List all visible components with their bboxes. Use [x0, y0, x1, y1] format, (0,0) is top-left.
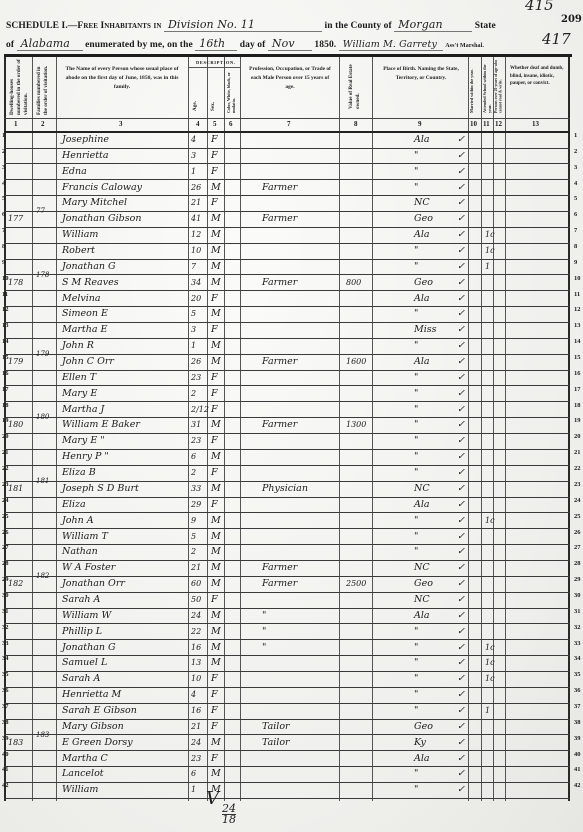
- line-number-right: 42: [574, 782, 581, 789]
- age: 26: [191, 180, 201, 195]
- col-header-11: Attended School within the year.: [482, 59, 493, 113]
- line-number-right: 19: [574, 417, 581, 424]
- table-row: 32 Phillip L 22 M " " ✓ 32: [4, 624, 570, 641]
- line-number-right: 32: [574, 624, 581, 631]
- day-value: 16th: [195, 37, 237, 51]
- line-number-left: 17: [2, 386, 9, 393]
- line-number-left: 8: [2, 243, 5, 250]
- person-name: Mary E: [62, 386, 97, 401]
- married-check: ✓: [457, 306, 465, 321]
- sex: M: [211, 735, 221, 750]
- family-number: 182: [36, 572, 49, 587]
- age: 24: [191, 608, 201, 623]
- birthplace: Ala: [414, 132, 430, 147]
- age: 1: [191, 164, 196, 179]
- sex: F: [211, 433, 218, 448]
- line-number-left: 42: [2, 782, 9, 789]
- line-number-right: 26: [574, 529, 581, 536]
- birthplace: ": [414, 402, 418, 417]
- line-number-right: 3: [574, 164, 577, 171]
- table-row: 5 Mary Mitchel 21 F NC ✓ 5: [4, 195, 570, 212]
- birthplace: ": [414, 640, 418, 655]
- birthplace: ": [414, 687, 418, 702]
- table-row: 1 Josephine 4 F Ala ✓ 1: [4, 132, 570, 149]
- table-row: 4 Francis Caloway 26 M Farmer " ✓ 4: [4, 180, 570, 197]
- table-row: 40 Martha C 23 F Ala ✓ 40: [4, 751, 570, 768]
- married-check: ✓: [457, 751, 465, 766]
- married-check: ✓: [457, 576, 465, 591]
- table-row: 9 Jonathan G 7 M " ✓ 1 9: [4, 259, 570, 276]
- sex: F: [211, 703, 218, 718]
- line-number-right: 17: [574, 386, 581, 393]
- married-check: ✓: [457, 449, 465, 464]
- occupation: Farmer: [262, 354, 297, 369]
- person-name: Ellen T: [62, 370, 96, 385]
- person-name: William: [62, 782, 98, 797]
- line-number-right: 2: [574, 148, 577, 155]
- person-name: S M Reaves: [62, 275, 119, 290]
- birthplace: ": [414, 529, 418, 544]
- table-row: 34 Samuel L 13 M " ✓ 1c 34: [4, 655, 570, 672]
- line-number-right: 21: [574, 449, 581, 456]
- line-number-left: 26: [2, 529, 9, 536]
- married-check: ✓: [457, 687, 465, 702]
- sex: M: [211, 655, 221, 670]
- line-number-right: 40: [574, 751, 581, 758]
- age: 24: [191, 735, 201, 750]
- line-number-right: 13: [574, 322, 581, 329]
- person-name: Sarah A: [62, 592, 100, 607]
- person-name: Francis Caloway: [62, 180, 142, 195]
- dwelling-number: 178: [8, 275, 23, 290]
- occupation: Tailor: [262, 735, 290, 750]
- person-name: E Green Dorsy: [62, 735, 133, 750]
- sex: M: [211, 180, 221, 195]
- married-check: ✓: [457, 132, 465, 147]
- person-name: Eliza B: [62, 465, 96, 480]
- age: 41: [191, 211, 201, 226]
- col-num-3: 3: [119, 120, 123, 128]
- dwelling-number: 180: [8, 417, 23, 432]
- line-number-left: 27: [2, 544, 9, 551]
- line-number-left: 33: [2, 640, 9, 647]
- enumerated-label: enumerated by me, on the: [85, 40, 193, 50]
- line-number-right: 7: [574, 227, 577, 234]
- header-line-2: of Alabama enumerated by me, on the 16th…: [6, 37, 484, 51]
- married-check: ✓: [457, 624, 465, 639]
- age: 1: [191, 782, 196, 797]
- age: 5: [191, 306, 196, 321]
- married-check: ✓: [457, 513, 465, 528]
- married-check: ✓: [457, 291, 465, 306]
- state-label: State: [475, 21, 496, 31]
- married-check: ✓: [457, 275, 465, 290]
- table-row: 8 Robert 10 M " ✓ 1c 8: [4, 243, 570, 260]
- age: 50: [191, 592, 201, 607]
- person-name: William W: [62, 608, 111, 623]
- age: 10: [191, 243, 201, 258]
- table-row: 13 Martha E 3 F Miss ✓ 13: [4, 322, 570, 339]
- age: 13: [191, 655, 201, 670]
- sex: M: [211, 243, 221, 258]
- person-name: Jonathan Orr: [62, 576, 125, 591]
- school-mark: 1c: [485, 513, 495, 528]
- col-header-10: Married within the year.: [469, 59, 480, 113]
- real-estate-value: 2500: [346, 576, 366, 591]
- line-number-right: 28: [574, 560, 581, 567]
- person-name: John R: [62, 338, 94, 353]
- birthplace: ": [414, 386, 418, 401]
- birthplace: ": [414, 148, 418, 163]
- birthplace: ": [414, 782, 418, 797]
- county-label: in the County of: [324, 21, 391, 31]
- table-row: 21 Henry P " 6 M " ✓ 21: [4, 449, 570, 466]
- table-row: 10 178 178 S M Reaves 34 M Farmer 800 Ge…: [4, 275, 570, 292]
- line-number-left: 14: [2, 338, 9, 345]
- line-number-left: 36: [2, 687, 9, 694]
- line-number-left: 37: [2, 703, 9, 710]
- age: 23: [191, 370, 201, 385]
- age: 4: [191, 132, 196, 147]
- line-number-right: 33: [574, 640, 581, 647]
- school-mark: 1: [485, 703, 490, 718]
- occupation: Physician: [262, 481, 308, 496]
- birthplace: ": [414, 671, 418, 686]
- table-row: 14 John R 1 M " ✓ 14: [4, 338, 570, 355]
- line-number-left: 31: [2, 608, 9, 615]
- line-number-right: 38: [574, 719, 581, 726]
- age: 23: [191, 433, 201, 448]
- line-number-right: 18: [574, 402, 581, 409]
- occupation: Farmer: [262, 275, 297, 290]
- line-number-right: 34: [574, 655, 581, 662]
- line-number-right: 37: [574, 703, 581, 710]
- person-name: Mary E ": [62, 433, 105, 448]
- line-number-left: 32: [2, 624, 9, 631]
- person-name: William E Baker: [62, 417, 140, 432]
- line-number-right: 27: [574, 544, 581, 551]
- line-number-left: 24: [2, 497, 9, 504]
- line-number-right: 5: [574, 195, 577, 202]
- school-mark: 1c: [485, 671, 495, 686]
- schedule-label: SCHEDULE I.—Free Inhabitants in: [6, 21, 162, 31]
- table-row: 35 Sarah A 10 F " ✓ 1c 35: [4, 671, 570, 688]
- occupation: ": [262, 624, 266, 639]
- month-value: Nov: [268, 37, 312, 51]
- married-check: ✓: [457, 735, 465, 750]
- sex: M: [211, 211, 221, 226]
- line-number-left: 6: [2, 211, 5, 218]
- age: 2/12: [191, 402, 209, 417]
- sex: M: [211, 227, 221, 242]
- sex: M: [211, 766, 221, 781]
- married-check: ✓: [457, 433, 465, 448]
- person-name: Henry P ": [62, 449, 109, 464]
- line-number-left: 13: [2, 322, 9, 329]
- occupation: Farmer: [262, 211, 297, 226]
- table-row: 16 Ellen T 23 F " ✓ 16: [4, 370, 570, 387]
- school-mark: 1c: [485, 243, 495, 258]
- birthplace: ": [414, 433, 418, 448]
- age: 31: [191, 417, 201, 432]
- birthplace: ": [414, 259, 418, 274]
- family-number: 183: [36, 731, 49, 746]
- sex: F: [211, 148, 218, 163]
- col-header-6: Color, White, black, or mulatto.: [226, 71, 238, 113]
- sex: F: [211, 465, 218, 480]
- person-name: Mary Mitchel: [62, 195, 127, 210]
- line-number-left: 9: [2, 259, 5, 266]
- col-header-9: Place of Birth. Naming the State, Territ…: [380, 65, 462, 83]
- age: 21: [191, 195, 201, 210]
- person-name: W A Foster: [62, 560, 115, 575]
- age: 7: [191, 259, 196, 274]
- footer-tally: V 24 18: [222, 804, 236, 825]
- line-number-right: 41: [574, 766, 581, 773]
- line-number-right: 14: [574, 338, 581, 345]
- age: 4: [191, 687, 196, 702]
- age: 34: [191, 275, 201, 290]
- birthplace: ": [414, 164, 418, 179]
- family-number: 179: [36, 350, 49, 365]
- line-number-left: 30: [2, 592, 9, 599]
- table-row: 23 181 181 Joseph S D Burt 33 M Physicia…: [4, 481, 570, 498]
- table-row: 31 William W 24 M " Ala ✓ 31: [4, 608, 570, 625]
- page-number: 209: [561, 14, 582, 25]
- line-number-right: 29: [574, 576, 581, 583]
- married-check: ✓: [457, 148, 465, 163]
- school-mark: 1c: [485, 640, 495, 655]
- sex: F: [211, 751, 218, 766]
- table-row: 41 Lancelot 6 M " ✓ 41: [4, 766, 570, 783]
- table-row: 33 Jonathan G 16 M " " ✓ 1c 33: [4, 640, 570, 657]
- marshal-title: Ass't Marshal.: [445, 43, 484, 49]
- table-row: 19 180 180 William E Baker 31 M Farmer 1…: [4, 417, 570, 434]
- married-check: ✓: [457, 544, 465, 559]
- col-header-3: The Name of every Person whose usual pla…: [62, 65, 182, 92]
- person-name: Simeon E: [62, 306, 108, 321]
- married-check: ✓: [457, 766, 465, 781]
- birthplace: Ala: [414, 354, 430, 369]
- line-number-right: 35: [574, 671, 581, 678]
- col-num-4: 4: [196, 120, 200, 128]
- sex: M: [211, 513, 221, 528]
- col-header-12: Persons over 20 years of age who cannot …: [494, 59, 505, 113]
- age: 3: [191, 148, 196, 163]
- birthplace: Ala: [414, 291, 430, 306]
- real-estate-value: 800: [346, 275, 361, 290]
- birthplace: Geo: [414, 211, 433, 226]
- col-num-10: 10: [470, 120, 477, 128]
- married-check: ✓: [457, 782, 465, 797]
- family-number: 77: [36, 207, 45, 222]
- birthplace: ": [414, 449, 418, 464]
- line-number-right: 12: [574, 306, 581, 313]
- sex: F: [211, 671, 218, 686]
- age: 21: [191, 560, 201, 575]
- person-name: Martha C: [62, 751, 108, 766]
- birthplace: ": [414, 544, 418, 559]
- line-number-left: 11: [2, 291, 8, 298]
- birthplace: NC: [414, 592, 430, 607]
- married-check: ✓: [457, 481, 465, 496]
- line-number-left: 40: [2, 751, 9, 758]
- line-number-left: 21: [2, 449, 9, 456]
- col-num-2: 2: [41, 120, 45, 128]
- sex: F: [211, 592, 218, 607]
- table-row: 37 Sarah E Gibson 16 F " ✓ 1 37: [4, 703, 570, 720]
- married-check: ✓: [457, 211, 465, 226]
- line-number-right: 31: [574, 608, 581, 615]
- birthplace: Ala: [414, 751, 430, 766]
- sex: F: [211, 719, 218, 734]
- birthplace: Ala: [414, 608, 430, 623]
- married-check: ✓: [457, 195, 465, 210]
- married-check: ✓: [457, 640, 465, 655]
- table-row: 30 Sarah A 50 F NC ✓ 30: [4, 592, 570, 609]
- sex: F: [211, 402, 218, 417]
- occupation: Farmer: [262, 180, 297, 195]
- line-number-right: 6: [574, 211, 577, 218]
- married-check: ✓: [457, 243, 465, 258]
- person-name: William: [62, 227, 98, 242]
- person-name: Jonathan G: [62, 640, 116, 655]
- table-row: 22 Eliza B 2 F " ✓ 22: [4, 465, 570, 482]
- table-row: 24 Eliza 29 F Ala ✓ 24: [4, 497, 570, 514]
- family-number: 180: [36, 413, 49, 428]
- birthplace: NC: [414, 560, 430, 575]
- age: 10: [191, 671, 201, 686]
- married-check: ✓: [457, 671, 465, 686]
- table-row: 7 William 12 M Ala ✓ 1c 7: [4, 227, 570, 244]
- col-header-4: Age.: [192, 87, 204, 111]
- col-num-13: 13: [532, 120, 539, 128]
- age: 16: [191, 640, 201, 655]
- line-number-right: 10: [574, 275, 581, 282]
- married-check: ✓: [457, 370, 465, 385]
- col-header-2: Families numbered in the order of visita…: [36, 59, 54, 115]
- col-header-7: Profession, Occupation, or Trade of each…: [246, 65, 334, 92]
- table-row: 6 177 77 Jonathan Gibson 41 M Farmer Geo…: [4, 211, 570, 228]
- school-mark: 1c: [485, 655, 495, 670]
- stamp-number-top: 415: [525, 0, 554, 14]
- sex: M: [211, 417, 221, 432]
- dwelling-number: 181: [8, 481, 23, 496]
- line-number-left: 18: [2, 402, 9, 409]
- birthplace: ": [414, 338, 418, 353]
- table-row: 20 Mary E " 23 F " ✓ 20: [4, 433, 570, 450]
- person-name: Melvina: [62, 291, 101, 306]
- table-row: 15 179 179 John C Orr 26 M Farmer 1600 A…: [4, 354, 570, 371]
- age: 6: [191, 449, 196, 464]
- occupation: Farmer: [262, 560, 297, 575]
- line-number-left: 41: [2, 766, 9, 773]
- table-row: 2 Henrietta 3 F " ✓ 2: [4, 148, 570, 165]
- person-name: John A: [62, 513, 94, 528]
- person-name: John C Orr: [62, 354, 114, 369]
- table-row: 42 William 1 M " ✓ 42: [4, 782, 570, 799]
- age: 5: [191, 529, 196, 544]
- sex: F: [211, 370, 218, 385]
- line-number-right: 25: [574, 513, 581, 520]
- occupation: ": [262, 640, 266, 655]
- sex: F: [211, 195, 218, 210]
- description-rule: [188, 67, 240, 68]
- year-label: 1850.: [314, 40, 336, 50]
- person-name: Samuel L: [62, 655, 107, 670]
- age: 9: [191, 513, 196, 528]
- line-number-right: 8: [574, 243, 577, 250]
- married-check: ✓: [457, 703, 465, 718]
- line-number-left: 12: [2, 306, 9, 313]
- census-page: SCHEDULE I.—Free Inhabitants in Division…: [0, 0, 583, 832]
- occupation: ": [262, 608, 266, 623]
- line-number-left: 3: [2, 164, 5, 171]
- family-number: 181: [36, 477, 49, 492]
- real-estate-value: 1300: [346, 417, 366, 432]
- table-row: 27 Nathan 2 M " ✓ 27: [4, 544, 570, 561]
- col-num-9: 9: [418, 120, 422, 128]
- line-number-right: 16: [574, 370, 581, 377]
- birthplace: Ala: [414, 227, 430, 242]
- married-check: ✓: [457, 354, 465, 369]
- dwelling-number: 179: [8, 354, 23, 369]
- person-name: Martha E: [62, 322, 108, 337]
- married-check: ✓: [457, 259, 465, 274]
- age: 60: [191, 576, 201, 591]
- line-number-right: 39: [574, 735, 581, 742]
- line-number-left: 28: [2, 560, 9, 567]
- person-name: Henrietta M: [62, 687, 121, 702]
- birthplace: ": [414, 465, 418, 480]
- person-name: Josephine: [62, 132, 109, 147]
- person-name: Edna: [62, 164, 87, 179]
- married-check: ✓: [457, 608, 465, 623]
- line-number-left: 2: [2, 148, 5, 155]
- line-number-right: 11: [574, 291, 580, 298]
- birthplace: ": [414, 513, 418, 528]
- table-row: 25 John A 9 M " ✓ 1c 25: [4, 513, 570, 530]
- table-row: 29 182 182 Jonathan Orr 60 M Farmer 2500…: [4, 576, 570, 593]
- dwelling-number: 177: [8, 211, 23, 226]
- age: 21: [191, 719, 201, 734]
- col-num-1: 1: [14, 120, 18, 128]
- column-number-row: 1 2 3 4 5 6 7 8 9 10 11 12 13: [4, 118, 570, 133]
- line-number-left: 16: [2, 370, 9, 377]
- married-check: ✓: [457, 417, 465, 432]
- birthplace: Ala: [414, 497, 430, 512]
- dwelling-number: 183: [8, 735, 23, 750]
- stamp-number-bottom: 417: [542, 30, 571, 48]
- sex: M: [211, 640, 221, 655]
- person-name: Sarah A: [62, 671, 100, 686]
- col-num-11: 11: [483, 120, 490, 128]
- person-name: Robert: [62, 243, 95, 258]
- line-number-right: 22: [574, 465, 581, 472]
- line-number-right: 24: [574, 497, 581, 504]
- sex: M: [211, 306, 221, 321]
- birthplace: NC: [414, 481, 430, 496]
- married-check: ✓: [457, 560, 465, 575]
- person-name: Nathan: [62, 544, 98, 559]
- sex: M: [211, 544, 221, 559]
- sex: M: [211, 560, 221, 575]
- age: 23: [191, 751, 201, 766]
- married-check: ✓: [457, 592, 465, 607]
- line-number-left: 7: [2, 227, 5, 234]
- married-check: ✓: [457, 180, 465, 195]
- col-header-13: Whether deaf and dumb, blind, insane, id…: [510, 65, 566, 88]
